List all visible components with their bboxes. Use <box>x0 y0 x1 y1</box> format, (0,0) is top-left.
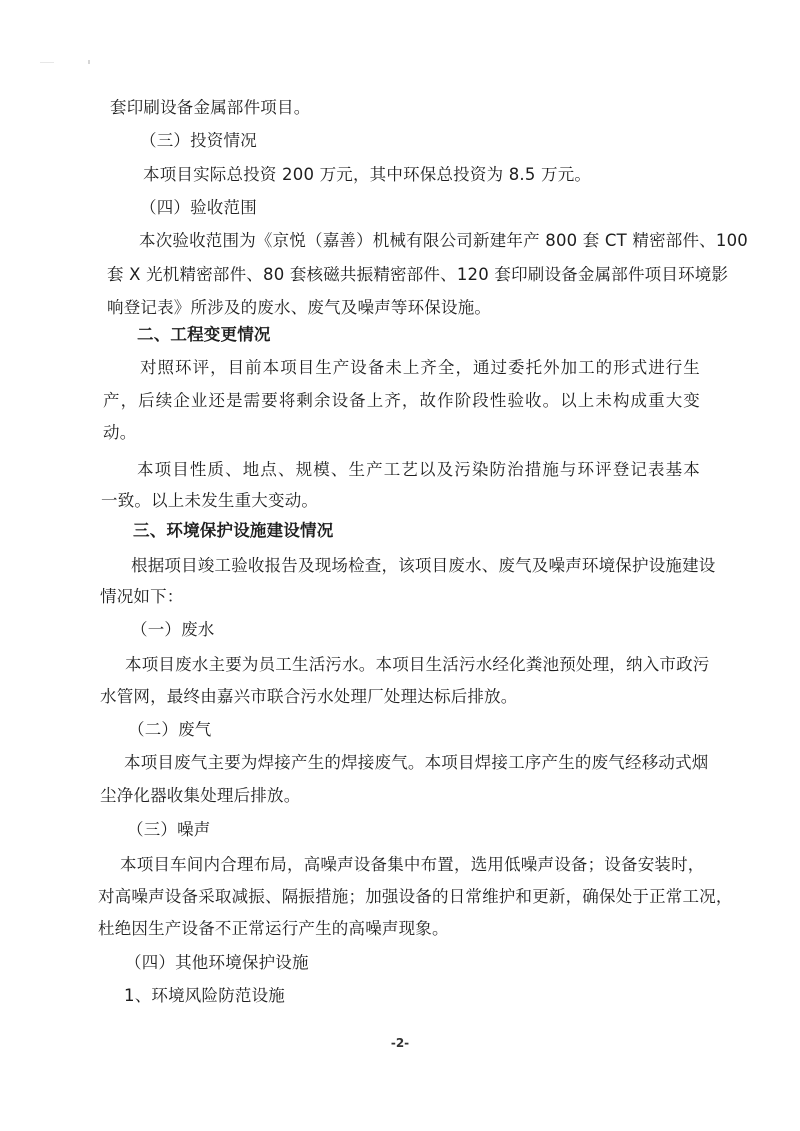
body-text-line: 本项目实际总投资 200 万元，其中环保总投资为 8.5 万元。 <box>143 164 591 186</box>
scan-artifact <box>88 60 90 64</box>
section-heading: 三、环境保护设施建设情况 <box>133 520 333 542</box>
body-text-line: 1、环境风险防范设施 <box>124 985 285 1007</box>
body-text-line: 产，后续企业还是需要将剩余设备上齐，故作阶段性验收。以上未构成重大变 <box>103 390 700 412</box>
body-text-line: 套 X 光机精密部件、80 套核磁共振精密部件、120 套印刷设备金属部件项目环… <box>107 264 702 286</box>
body-text-line: 一致。以上未发生重大变动。 <box>101 490 318 512</box>
body-text-line: 本次验收范围为《京悦（嘉善）机械有限公司新建年产 800 套 CT 精密部件、1… <box>139 230 701 252</box>
body-text-line: （二）废气 <box>128 719 212 741</box>
body-text-line: 水管网，最终由嘉兴市联合污水处理厂处理达标后排放。 <box>100 686 518 708</box>
scan-artifact <box>40 62 54 63</box>
body-text-line: 杜绝因生产设备不正常运行产生的高噪声现象。 <box>98 918 449 940</box>
body-text-line: 根据项目竣工验收报告及现场检查，该项目废水、废气及噪声环境保护设施建设 <box>131 555 701 577</box>
body-text-line: （三）投资情况 <box>140 130 257 152</box>
body-text-line: 对高噪声设备采取减振、隔振措施；加强设备的日常维护和更新，确保处于正常工况， <box>98 886 692 908</box>
body-text-line: 对照环评，目前本项目生产设备未上齐全，通过委托外加工的形式进行生 <box>140 357 700 379</box>
body-text-line: 动。 <box>103 422 136 444</box>
body-text-line: 套印刷设备金属部件项目。 <box>110 97 310 119</box>
body-text-line: （四）验收范围 <box>140 197 257 219</box>
body-text-line: （三）噪声 <box>127 819 211 841</box>
section-heading: 二、工程变更情况 <box>137 324 271 346</box>
body-text-line: （一）废水 <box>131 619 215 641</box>
body-text-line: 本项目性质、地点、规模、生产工艺以及污染防治措施与环评登记表基本 <box>137 459 700 481</box>
body-text-line: 本项目废气主要为焊接产生的焊接废气。本项目焊接工序产生的废气经移动式烟 <box>124 752 696 774</box>
body-text-line: 本项目车间内合理布局，高噪声设备集中布置，选用低噪声设备；设备安装时， <box>120 854 692 876</box>
body-text-line: 尘净化器收集处理后排放。 <box>100 785 300 807</box>
body-text-line: （四）其他环境保护设施 <box>125 952 309 974</box>
body-text-line: 响登记表》所涉及的废水、废气及噪声等环保设施。 <box>107 297 491 319</box>
body-text-line: 本项目废水主要为员工生活污水。本项目生活污水经化粪池预处理，纳入市政污 <box>125 654 697 676</box>
page-number: -2- <box>0 1036 800 1050</box>
body-text-line: 情况如下： <box>100 586 184 608</box>
